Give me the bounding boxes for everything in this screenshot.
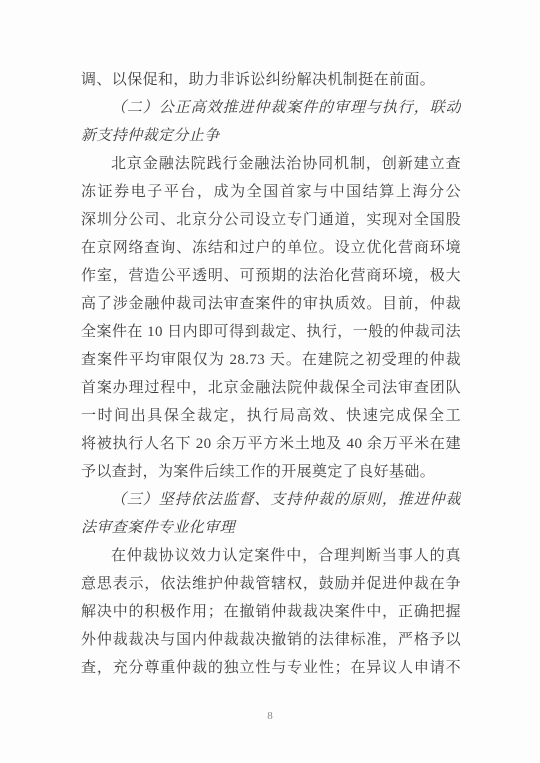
text-line: 解决中的积极作用；在撤销仲裁裁决案件中，正确把握涉 — [81, 598, 461, 626]
text-line: 首案办理过程中，北京金融法院仲裁保全司法审查团队第 — [81, 374, 461, 402]
text-line: 查，充分尊重仲裁的独立性与专业性；在异议人申请不予 — [81, 654, 461, 682]
text-line: 作室，营造公平透明、可预期的法治化营商环境，极大提 — [81, 262, 461, 290]
text-line: （二）公正高效推进仲裁案件的审理与执行，联动创 — [81, 94, 461, 122]
document-page: 调、以保促和，助力非诉讼纠纷解决机制挺在前面。（二）公正高效推进仲裁案件的审理与… — [0, 0, 540, 763]
text-line: 全案件在 10 日内即可得到裁定、执行，一般的仲裁司法审 — [81, 318, 461, 346]
text-line: （三）坚持依法监督、支持仲裁的原则，推进仲裁司 — [81, 486, 461, 514]
text-line: 高了涉金融仲裁司法审查案件的审执质效。目前，仲裁保 — [81, 290, 461, 318]
text-line: 在京网络查询、冻结和过户的单位。设立优化营商环境工 — [81, 234, 461, 262]
page-number: 8 — [0, 710, 540, 722]
text-line: 在仲裁协议效力认定案件中，合理判断当事人的真实 — [81, 542, 461, 570]
text-line: 将被执行人名下 20 余万平方米土地及 40 余万平米在建工程 — [81, 430, 461, 458]
text-line: 深圳分公司、北京分公司设立专门通道，实现对全国股票 — [81, 206, 461, 234]
text-line: 法审查案件专业化审理 — [81, 514, 461, 542]
text-line: 一时间出具保全裁定，执行局高效、快速完成保全工作， — [81, 402, 461, 430]
text-line: 予以查封，为案件后续工作的开展奠定了良好基础。 — [81, 458, 461, 486]
text-line: 查案件平均审限仅为 28.73 天。在建院之初受理的仲裁保全 — [81, 346, 461, 374]
text-line: 北京金融法院践行金融法治协同机制，创新建立查扣 — [81, 150, 461, 178]
text-line: 意思表示，依法维护仲裁管辖权，鼓励并促进仲裁在争议 — [81, 570, 461, 598]
text-line: 冻证券电子平台，成为全国首家与中国结算上海分公司、 — [81, 178, 461, 206]
text-line: 外仲裁裁决与国内仲裁裁决撤销的法律标准，严格予以审 — [81, 626, 461, 654]
text-line: 新支持仲裁定分止争 — [81, 122, 461, 150]
document-body: 调、以保促和，助力非诉讼纠纷解决机制挺在前面。（二）公正高效推进仲裁案件的审理与… — [81, 66, 461, 682]
text-line: 调、以保促和，助力非诉讼纠纷解决机制挺在前面。 — [81, 66, 461, 94]
